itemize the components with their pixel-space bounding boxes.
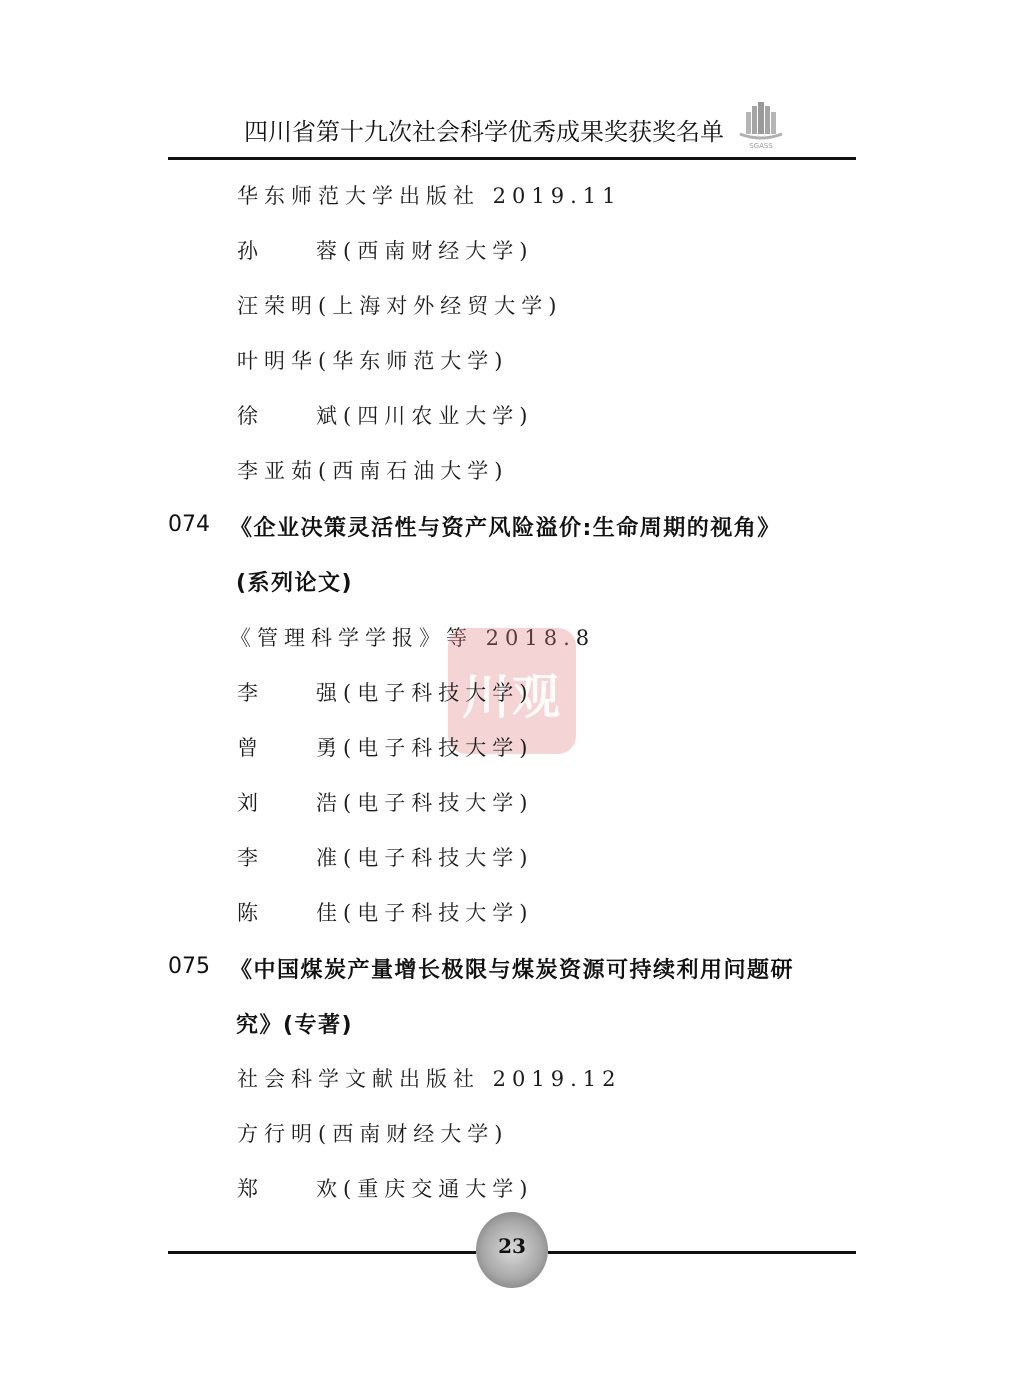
author-affiliation: (西南财经大学) xyxy=(318,1122,508,1146)
author-line: 李亚茹(西南石油大学) xyxy=(237,455,508,485)
author-given-name: 蓉 xyxy=(316,239,343,263)
author-given-name: 勇 xyxy=(316,736,343,760)
author-given-name: 准 xyxy=(316,846,343,870)
header-divider xyxy=(168,157,856,160)
author-affiliation: (电子科技大学) xyxy=(343,681,533,705)
entry-number: 075 xyxy=(168,954,210,979)
entry-title-continued: 究》(专著) xyxy=(236,1008,353,1039)
author-line: 孙蓉(西南财经大学) xyxy=(237,235,533,265)
author-affiliation: (华东师范大学) xyxy=(318,349,508,373)
building-icon xyxy=(736,100,786,142)
author-surname: 陈 xyxy=(237,901,264,925)
entry-title-continued: (系列论文) xyxy=(236,566,353,597)
publisher-line: 华东师范大学出版社 2019.11 xyxy=(237,180,622,210)
author-line: 郑欢(重庆交通大学) xyxy=(237,1173,533,1203)
author-line: 曾勇(电子科技大学) xyxy=(237,732,533,762)
author-line: 刘浩(电子科技大学) xyxy=(237,787,533,817)
author-surname: 孙 xyxy=(237,239,264,263)
author-line: 方行明(西南财经大学) xyxy=(237,1118,508,1148)
author-affiliation: (西南石油大学) xyxy=(318,459,508,483)
author-affiliation: (四川农业大学) xyxy=(343,404,533,428)
author-affiliation: (重庆交通大学) xyxy=(343,1177,533,1201)
author-surname: 刘 xyxy=(237,791,264,815)
author-surname: 徐 xyxy=(237,404,264,428)
author-surname: 李 xyxy=(237,846,264,870)
page-number-badge: 23 xyxy=(476,1212,548,1288)
author-line: 李强(电子科技大学) xyxy=(237,677,533,707)
author-surname: 曾 xyxy=(237,736,264,760)
footer-divider-right xyxy=(548,1251,856,1254)
entry-number: 074 xyxy=(168,512,210,537)
author-name: 叶明华 xyxy=(237,349,318,373)
author-name: 汪荣明 xyxy=(237,294,318,318)
author-name: 方行明 xyxy=(237,1122,318,1146)
author-affiliation: (上海对外经贸大学) xyxy=(318,294,562,318)
author-line: 汪荣明(上海对外经贸大学) xyxy=(237,290,562,320)
author-affiliation: (电子科技大学) xyxy=(343,901,533,925)
author-line: 徐斌(四川农业大学) xyxy=(237,400,533,430)
author-affiliation: (电子科技大学) xyxy=(343,846,533,870)
author-surname: 郑 xyxy=(237,1177,264,1201)
author-name: 李亚茹 xyxy=(237,459,318,483)
author-given-name: 斌 xyxy=(316,404,343,428)
entry-title: 《企业决策灵活性与资产风险溢价:生命周期的视角》 xyxy=(230,511,781,542)
author-affiliation: (西南财经大学) xyxy=(343,239,533,263)
publisher-line: 社会科学文献出版社 2019.12 xyxy=(237,1063,622,1093)
author-given-name: 强 xyxy=(316,681,343,705)
author-given-name: 欢 xyxy=(316,1177,343,1201)
author-affiliation: (电子科技大学) xyxy=(343,791,533,815)
entry-title: 《中国煤炭产量增长极限与煤炭资源可持续利用问题研 xyxy=(230,953,794,984)
author-line: 李准(电子科技大学) xyxy=(237,842,533,872)
author-affiliation: (电子科技大学) xyxy=(343,736,533,760)
logo-text: SGASS xyxy=(736,142,786,150)
page-header-title: 四川省第十九次社会科学优秀成果奖获奖名单 xyxy=(244,112,724,147)
author-given-name: 浩 xyxy=(316,791,343,815)
author-line: 陈佳(电子科技大学) xyxy=(237,897,533,927)
author-line: 叶明华(华东师范大学) xyxy=(237,345,508,375)
page-number: 23 xyxy=(476,1234,548,1258)
author-given-name: 佳 xyxy=(316,901,343,925)
sgass-logo: SGASS xyxy=(736,100,786,154)
author-surname: 李 xyxy=(237,681,264,705)
footer-divider-left xyxy=(168,1251,476,1254)
